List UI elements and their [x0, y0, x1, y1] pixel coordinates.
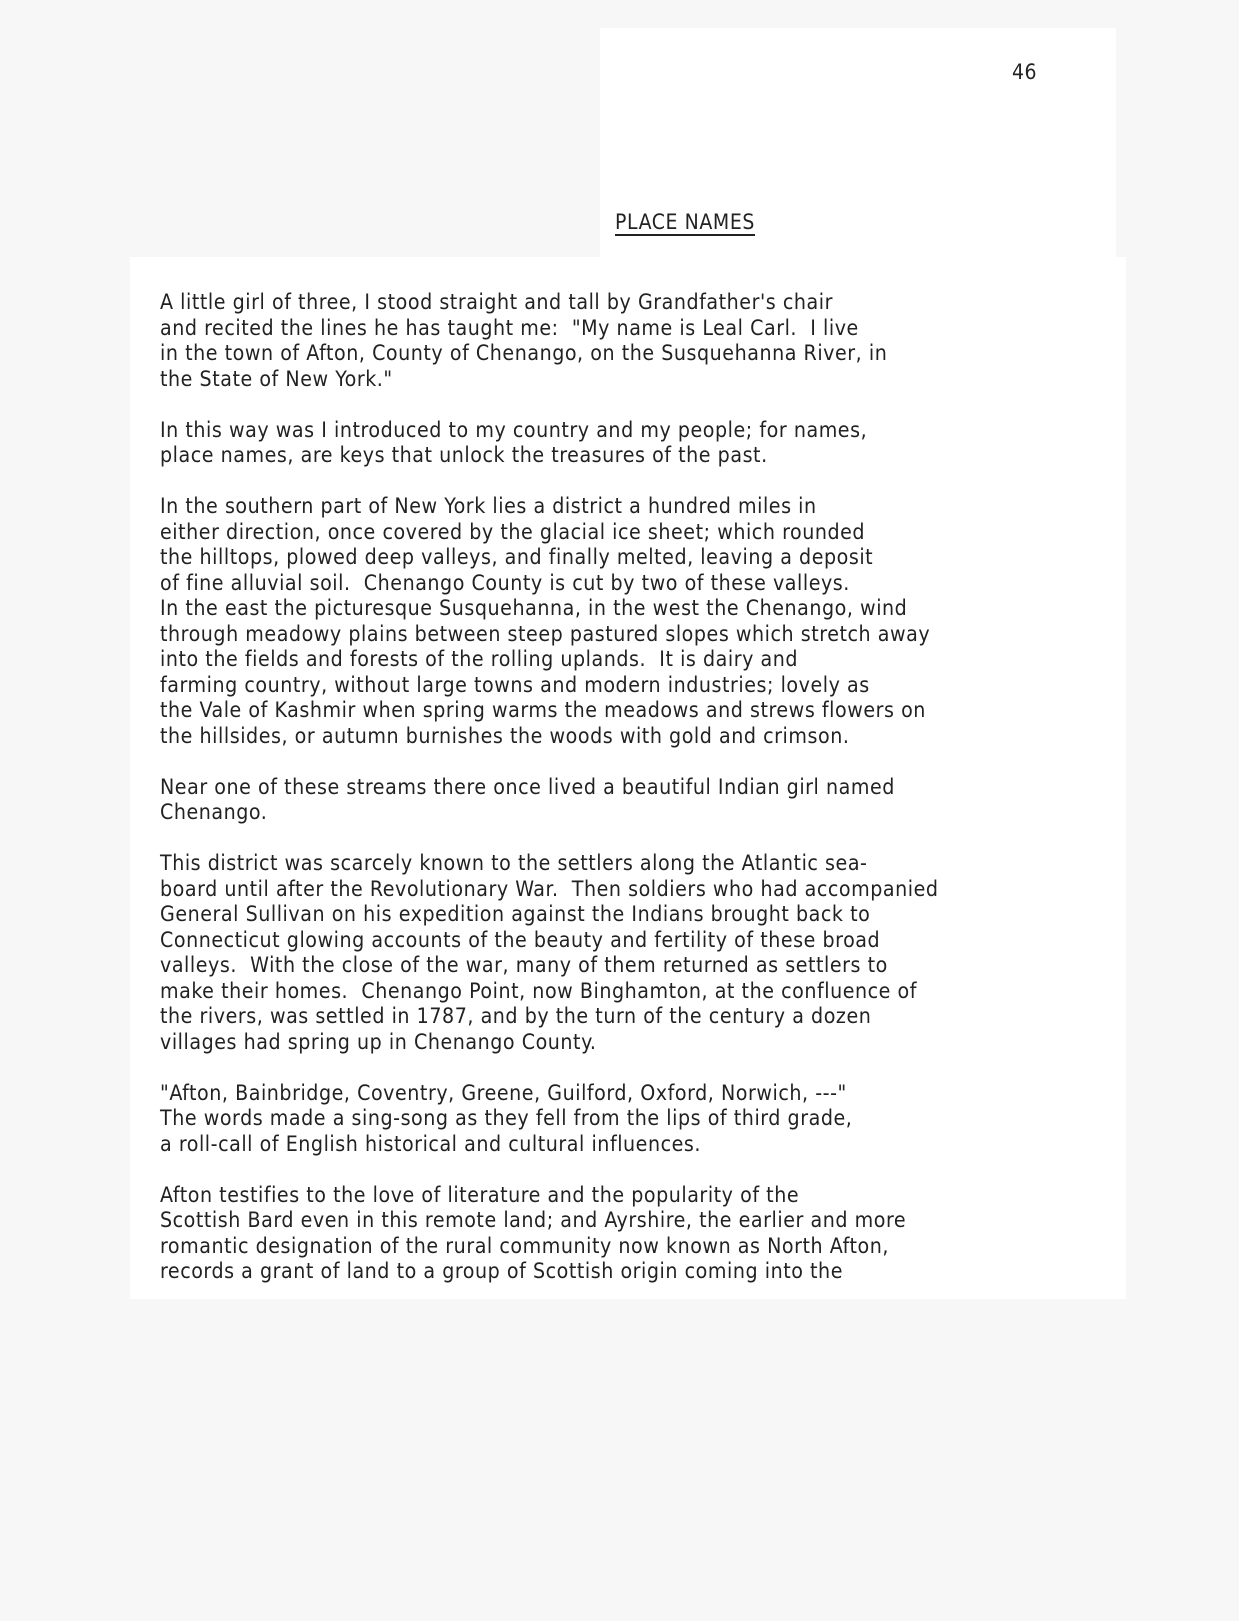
text-line: in the town of Afton, County of Chenango…: [160, 340, 1120, 366]
text-line: of fine alluvial soil. Chenango County i…: [160, 570, 1120, 596]
text-line: General Sullivan on his expedition again…: [160, 901, 1120, 927]
paragraph: In the southern part of New York lies a …: [160, 493, 1120, 748]
paragraph: "Afton, Bainbridge, Coventry, Greene, Gu…: [160, 1080, 1120, 1157]
text-line: valleys. With the close of the war, many…: [160, 952, 1120, 978]
text-line: In the east the picturesque Susquehanna,…: [160, 595, 1120, 621]
text-line: the Vale of Kashmir when spring warms th…: [160, 697, 1120, 723]
paragraph: Afton testifies to the love of literatur…: [160, 1182, 1120, 1284]
text-line: In this way was I introduced to my count…: [160, 417, 1120, 443]
text-line: Afton testifies to the love of literatur…: [160, 1182, 1120, 1208]
text-line: farming country, without large towns and…: [160, 672, 1120, 698]
text-line: villages had spring up in Chenango Count…: [160, 1029, 1120, 1055]
text-line: Connecticut glowing accounts of the beau…: [160, 927, 1120, 953]
page-title: PLACE NAMES: [615, 210, 755, 236]
text-line: and recited the lines he has taught me: …: [160, 315, 1120, 341]
paragraph: This district was scarcely known to the …: [160, 850, 1120, 1054]
paragraph: Near one of these streams there once liv…: [160, 774, 1120, 825]
text-line: Chenango.: [160, 799, 1120, 825]
text-line: In the southern part of New York lies a …: [160, 493, 1120, 519]
text-line: The words made a sing-song as they fell …: [160, 1105, 1120, 1131]
text-line: This district was scarcely known to the …: [160, 850, 1120, 876]
text-line: A little girl of three, I stood straight…: [160, 289, 1120, 315]
text-line: board until after the Revolutionary War.…: [160, 876, 1120, 902]
text-line: through meadowy plains between steep pas…: [160, 621, 1120, 647]
text-line: records a grant of land to a group of Sc…: [160, 1258, 1120, 1284]
text-line: into the fields and forests of the rolli…: [160, 646, 1120, 672]
paragraph: A little girl of three, I stood straight…: [160, 289, 1120, 391]
scanned-page-header-region: [600, 28, 1116, 276]
text-line: make their homes. Chenango Point, now Bi…: [160, 978, 1120, 1004]
text-line: the rivers, was settled in 1787, and by …: [160, 1003, 1120, 1029]
text-line: the State of New York.": [160, 366, 1120, 392]
text-line: the hilltops, plowed deep valleys, and f…: [160, 544, 1120, 570]
text-line: Scottish Bard even in this remote land; …: [160, 1207, 1120, 1233]
text-line: a roll-call of English historical and cu…: [160, 1131, 1120, 1157]
document-body: A little girl of three, I stood straight…: [160, 289, 1120, 1309]
paragraph: In this way was I introduced to my count…: [160, 417, 1120, 468]
text-line: the hillsides, or autumn burnishes the w…: [160, 723, 1120, 749]
text-line: romantic designation of the rural commun…: [160, 1233, 1120, 1259]
text-line: either direction, once covered by the gl…: [160, 519, 1120, 545]
text-line: "Afton, Bainbridge, Coventry, Greene, Gu…: [160, 1080, 1120, 1106]
page-number: 46: [1012, 60, 1037, 84]
text-line: Near one of these streams there once liv…: [160, 774, 1120, 800]
text-line: place names, are keys that unlock the tr…: [160, 442, 1120, 468]
